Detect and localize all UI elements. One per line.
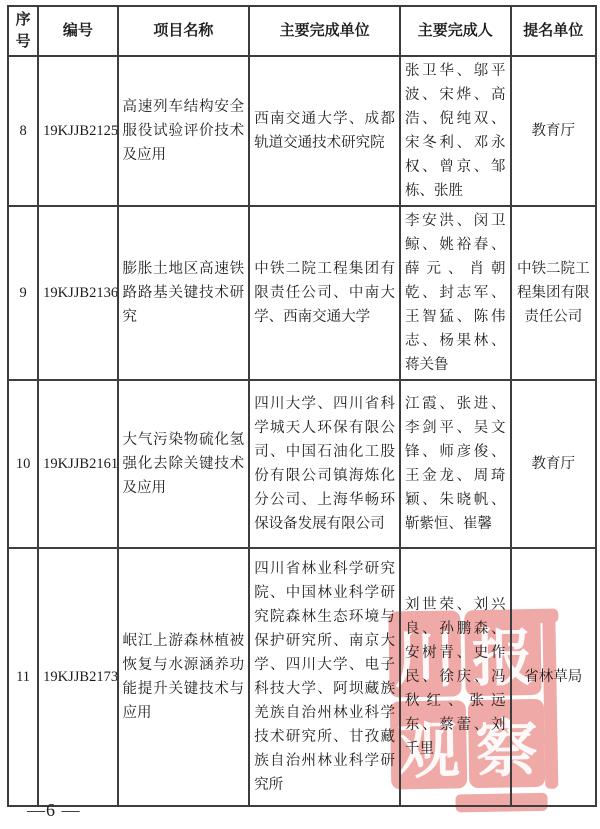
cell-project-name: 大气污染物硫化氢强化去除关键技术及应用 xyxy=(118,380,250,548)
cell-code: 19KJJB2136 xyxy=(38,206,117,380)
header-completing-units: 主要完成单位 xyxy=(249,6,400,56)
cell-code: 19KJJB2125 xyxy=(38,56,117,206)
header-seq: 序号 xyxy=(8,6,38,56)
cell-nominator: 省林草局 xyxy=(511,548,596,806)
cell-code: 19KJJB2173 xyxy=(38,548,117,806)
table-row: 10 19KJJB2161 大气污染物硫化氢强化去除关键技术及应用 四川大学、四… xyxy=(8,380,596,548)
cell-completing-units: 四川省林业科学研究院、中国林业科学研究院森林生态环境与保护研究所、南京大学、四川… xyxy=(249,548,400,806)
cell-completing-units: 四川大学、四川省科学城天人环保有限公司、中国石油化工股份有限公司镇海炼化分公司、… xyxy=(249,380,400,548)
cell-seq: 10 xyxy=(8,380,38,548)
cell-nominator: 教育厅 xyxy=(511,380,596,548)
cell-seq: 11 xyxy=(8,548,38,806)
table-row: 11 19KJJB2173 岷江上游森林植被恢复与水源涵养功能提升关键技术与应用… xyxy=(8,548,596,806)
header-code: 编号 xyxy=(38,6,117,56)
cell-completers: 江霞、张进、李剑平、吴文锋、师彦俊、王金龙、周琦颖、朱晓帆、靳紫恒、崔馨 xyxy=(400,380,511,548)
table-row: 9 19KJJB2136 膨胀土地区高速铁路路基关键技术研究 中铁二院工程集团有… xyxy=(8,206,596,380)
cell-nominator: 教育厅 xyxy=(511,56,596,206)
table-header-row: 序号 编号 项目名称 主要完成单位 主要完成人 提名单位 xyxy=(8,6,596,56)
cell-completers: 张卫华、邬平波、宋烨、高浩、倪纯双、宋冬利、邓永权、曾京、邹栋、张胜 xyxy=(400,56,511,206)
cell-project-name: 高速列车结构安全服役试验评价技术及应用 xyxy=(118,56,250,206)
cell-completing-units: 中铁二院工程集团有限责任公司、中南大学、西南交通大学 xyxy=(249,206,400,380)
table-row: 8 19KJJB2125 高速列车结构安全服役试验评价技术及应用 西南交通大学、… xyxy=(8,56,596,206)
cell-project-name: 岷江上游森林植被恢复与水源涵养功能提升关键技术与应用 xyxy=(118,548,250,806)
award-project-table: 序号 编号 项目名称 主要完成单位 主要完成人 提名单位 8 19KJJB212… xyxy=(7,5,597,807)
page-number: —6 — xyxy=(27,800,81,821)
cell-project-name: 膨胀土地区高速铁路路基关键技术研究 xyxy=(118,206,250,380)
cell-code: 19KJJB2161 xyxy=(38,380,117,548)
cell-completing-units: 西南交通大学、成都轨道交通技术研究院 xyxy=(249,56,400,206)
cell-nominator: 中铁二院工程集团有限责任公司 xyxy=(511,206,596,380)
header-completers: 主要完成人 xyxy=(400,6,511,56)
cell-seq: 9 xyxy=(8,206,38,380)
header-nominator: 提名单位 xyxy=(511,6,596,56)
cell-seq: 8 xyxy=(8,56,38,206)
cell-completers: 刘世荣、刘兴良、孙鹏森、安树青、史作民、徐庆、冯秋红、张远东、蔡蕾、刘千里 xyxy=(400,548,511,806)
cell-completers: 李安洪、闵卫鲸、姚裕春、薛元、肖朝乾、封志军、王智猛、陈伟志、杨果林、蒋关鲁 xyxy=(400,206,511,380)
document-page: 川 报 观 察 序号 编号 项目名称 主要完成单位 主要完成人 提名单位 8 xyxy=(0,0,600,829)
header-project-name: 项目名称 xyxy=(118,6,250,56)
